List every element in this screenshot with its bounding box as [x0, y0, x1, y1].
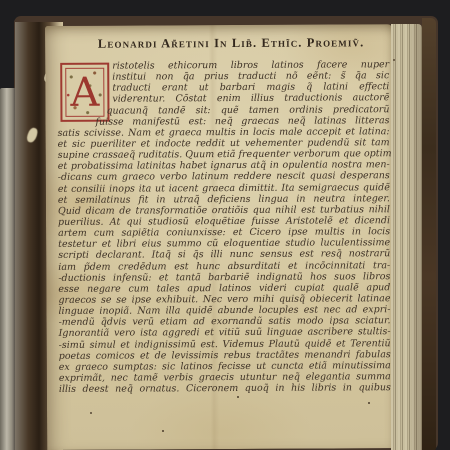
ink-specks — [237, 396, 239, 398]
page-edges — [391, 24, 422, 450]
manuscript-line: illis deest neq̃ ornatus. Ciceronem quoq… — [59, 382, 391, 395]
book-cover-edge — [422, 18, 436, 450]
page-heading: Leonardi Ar̃etini In Lib̃. Ethĩc. Proemi… — [73, 35, 389, 52]
manuscript-line: viderentur. Cõstat enim illius traductio… — [112, 93, 389, 106]
photo-background: Leonardi Ar̃etini In Lib̃. Ethĩc. Proemi… — [0, 0, 450, 450]
facing-page-edge — [0, 88, 15, 450]
manuscript-text-block: ristotelis ethicorum libros latinos face… — [57, 59, 391, 395]
manuscript-page: Leonardi Ar̃etini In Lib̃. Ethĩc. Proemi… — [45, 24, 395, 450]
